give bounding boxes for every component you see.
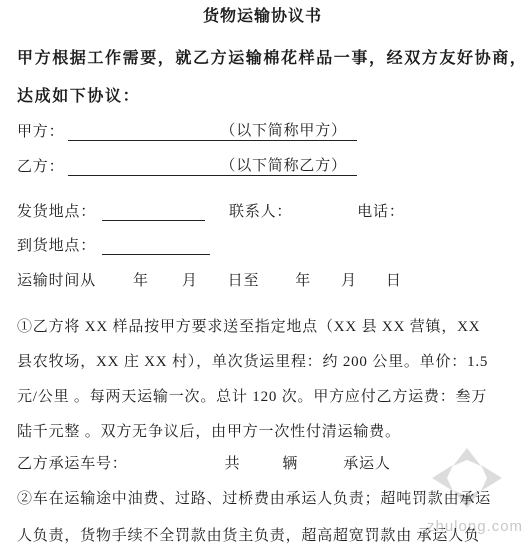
page-title: 货物运输协议书 bbox=[17, 8, 508, 26]
carrier-total-label: 共 bbox=[225, 456, 241, 472]
month-from-label: 月 bbox=[182, 273, 198, 289]
month-to-label: 月 bbox=[341, 273, 357, 289]
year-from-label: 年 bbox=[133, 273, 149, 289]
clause2-line-1: ②车在运输途中油费、过路、过桥费由承运人负责；超吨罚款由承运 bbox=[17, 490, 508, 508]
day-to-label: 日至 bbox=[228, 273, 260, 289]
phone-label: 电话： bbox=[357, 204, 404, 220]
carrier-vehicle-label: 乙方承运车号： bbox=[17, 456, 128, 472]
party-b-row: 乙方：（以下简称乙方） bbox=[17, 158, 508, 176]
clause1-line-3: 元/公里 。每两天运输一次。总计 120 次。甲方应付乙方运费：叁万 bbox=[17, 388, 508, 406]
origin-row: 发货地点：联系人：电话： bbox=[17, 203, 508, 221]
clause1-line-4: 陆千元整 。双方无争议后，由甲方一次性付清运输费。 bbox=[17, 423, 508, 441]
intro-line-1: 甲方根据工作需要，就乙方运输棉花样品一事，经双方友好协商， bbox=[17, 50, 508, 68]
contact-label: 联系人： bbox=[229, 204, 292, 220]
clause1-line-1: ①乙方将 XX 样品按甲方要求送至指定地点（XX 县 XX 营镇，XX bbox=[17, 318, 508, 336]
party-a-label: 甲方： bbox=[17, 124, 64, 140]
transport-time-prefix: 运输时间从 bbox=[17, 273, 96, 289]
origin-label: 发货地点： bbox=[17, 204, 96, 220]
carrier-person-label: 承运人 bbox=[343, 456, 390, 472]
party-b-label: 乙方： bbox=[17, 159, 64, 175]
party-a-row: 甲方：（以下简称甲方） bbox=[17, 123, 508, 141]
party-b-note: （以下简称乙方） bbox=[220, 158, 346, 174]
party-a-blank: （以下简称甲方） bbox=[68, 123, 356, 141]
clause2-line-2: 人负责，货物手续不全罚款由货主负责，超高超宽罚款由 承运人负 bbox=[17, 527, 508, 545]
party-b-blank: （以下简称乙方） bbox=[68, 158, 356, 176]
party-a-note: （以下简称甲方） bbox=[220, 123, 346, 139]
destination-row: 到货地点： bbox=[17, 237, 508, 255]
transport-time-row: 运输时间从年月日至年月日 bbox=[17, 272, 508, 290]
destination-label: 到货地点： bbox=[17, 238, 96, 254]
carrier-unit-label: 辆 bbox=[282, 456, 298, 472]
year-to-label: 年 bbox=[295, 273, 311, 289]
intro-line-2: 达成如下协议： bbox=[17, 88, 508, 106]
carrier-row: 乙方承运车号：共辆承运人 bbox=[17, 455, 508, 473]
day-end-label: 日 bbox=[386, 273, 402, 289]
origin-blank bbox=[102, 203, 205, 221]
clause1-line-2: 县农牧场，XX 庄 XX 村），单次货运里程：约 200 公里。单价：1.5 bbox=[17, 353, 508, 371]
destination-blank bbox=[102, 237, 210, 255]
agreement-document: 货物运输协议书 甲方根据工作需要，就乙方运输棉花样品一事，经双方友好协商， 达成… bbox=[0, 0, 524, 545]
